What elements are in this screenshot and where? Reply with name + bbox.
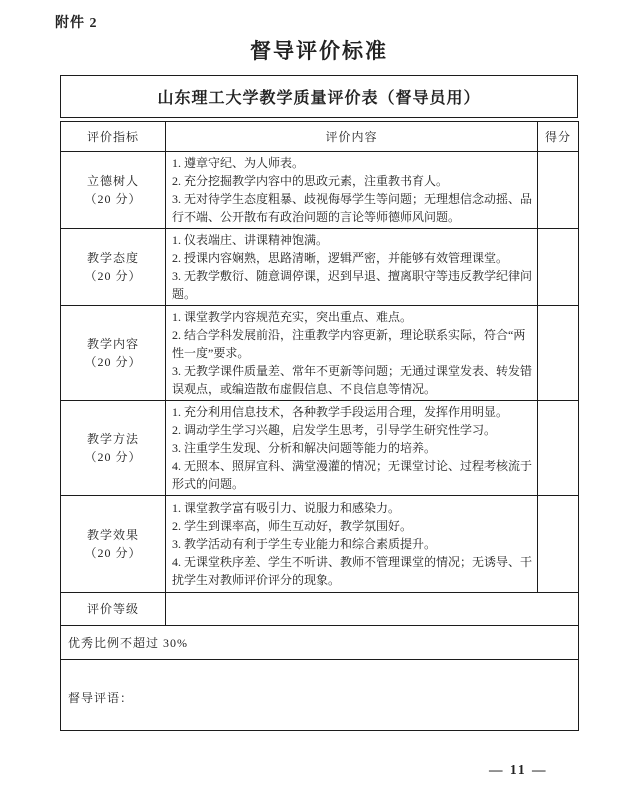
grade-label-cell: 评价等级 xyxy=(61,593,166,626)
content-cell: 1. 充分利用信息技术，各种教学手段运用合理，发挥作用明显。 2. 调动学生学习… xyxy=(166,401,538,496)
comments-label-cell: 督导评语： xyxy=(61,660,579,731)
indicator-cell: 教学效果 （20 分） xyxy=(61,496,166,593)
grade-row: 评价等级 xyxy=(61,593,579,626)
indicator-cell: 教学方法 （20 分） xyxy=(61,401,166,496)
content-cell: 1. 仪表端庄、讲课精神饱满。 2. 授课内容娴熟，思路清晰，逻辑严密，并能够有… xyxy=(166,229,538,306)
document-title: 督导评价标准 xyxy=(60,38,578,64)
indicator-cell: 教学内容 （20 分） xyxy=(61,306,166,401)
content-cell: 1. 遵章守纪、为人师表。 2. 充分挖掘教学内容中的思政元素，注重教书育人。 … xyxy=(166,152,538,229)
score-cell xyxy=(538,152,579,229)
table-row: 教学方法 （20 分） 1. 充分利用信息技术，各种教学手段运用合理，发挥作用明… xyxy=(61,401,579,496)
excellence-note-cell: 优秀比例不超过 30% xyxy=(61,626,579,660)
table-row: 教学效果 （20 分） 1. 课堂教学富有吸引力、说服力和感染力。 2. 学生到… xyxy=(61,496,579,593)
score-cell xyxy=(538,401,579,496)
grade-value-cell xyxy=(166,593,579,626)
table-row: 立德树人 （20 分） 1. 遵章守纪、为人师表。 2. 充分挖掘教学内容中的思… xyxy=(61,152,579,229)
form-title: 山东理工大学教学质量评价表（督导员用） xyxy=(157,85,480,108)
table-row: 教学内容 （20 分） 1. 课堂教学内容规范充实，突出重点、难点。 2. 结合… xyxy=(61,306,579,401)
page-number: — 11 — xyxy=(489,762,548,778)
form-title-box: 山东理工大学教学质量评价表（督导员用） xyxy=(60,75,578,118)
header-content: 评价内容 xyxy=(166,122,538,152)
indicator-cell: 教学态度 （20 分） xyxy=(61,229,166,306)
document-sheet: 附件 2 督导评价标准 山东理工大学教学质量评价表（督导员用） 评价指标 评价内… xyxy=(60,0,578,731)
evaluation-table: 评价指标 评价内容 得分 立德树人 （20 分） 1. 遵章守纪、为人师表。 2… xyxy=(60,121,579,731)
header-indicator: 评价指标 xyxy=(61,122,166,152)
table-row: 教学态度 （20 分） 1. 仪表端庄、讲课精神饱满。 2. 授课内容娴熟，思路… xyxy=(61,229,579,306)
indicator-cell: 立德树人 （20 分） xyxy=(61,152,166,229)
score-cell xyxy=(538,496,579,593)
table-header-row: 评价指标 评价内容 得分 xyxy=(61,122,579,152)
attachment-label: 附件 2 xyxy=(55,0,578,32)
score-cell xyxy=(538,229,579,306)
score-cell xyxy=(538,306,579,401)
content-cell: 1. 课堂教学内容规范充实，突出重点、难点。 2. 结合学科发展前沿，注重教学内… xyxy=(166,306,538,401)
header-score: 得分 xyxy=(538,122,579,152)
excellence-note-row: 优秀比例不超过 30% xyxy=(61,626,579,660)
content-cell: 1. 课堂教学富有吸引力、说服力和感染力。 2. 学生到课率高，师生互动好，教学… xyxy=(166,496,538,593)
comments-row: 督导评语： xyxy=(61,660,579,731)
